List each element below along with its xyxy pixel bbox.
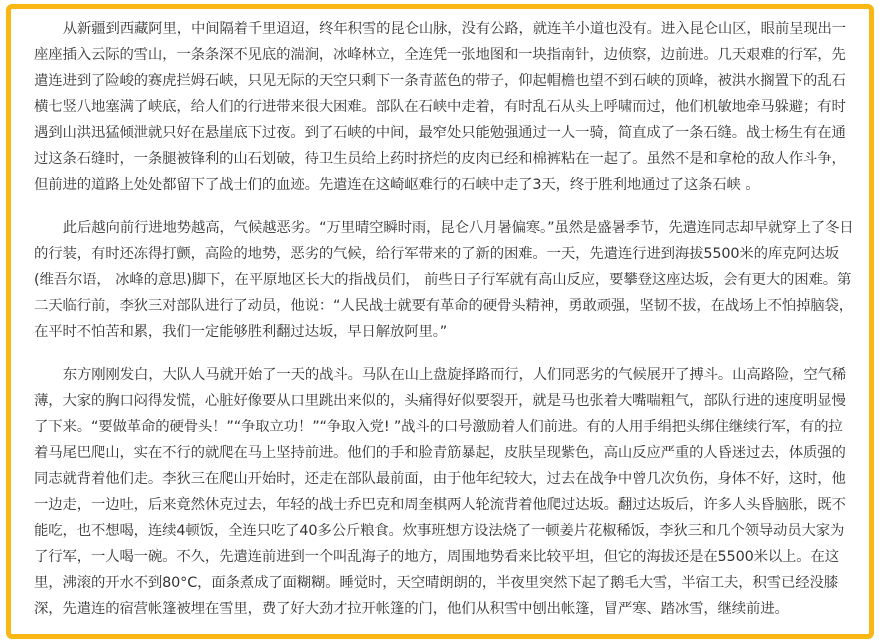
article-body: 从新疆到西藏阿里，中间隔着千里迢迢，终年积雪的昆仑山脉，没有公路，就连羊小道也没…: [11, 9, 869, 622]
paragraph-daban-mobilization: 此后越向前行进地势越高，气候越恶劣。“万里晴空瞬时雨，昆仑八月暑偏寒。”虽然是盛…: [34, 215, 856, 345]
paragraph-kunlun-gorge: 从新疆到西藏阿里，中间隔着千里迢迢，终年积雪的昆仑山脉，没有公路，就连羊小道也没…: [34, 16, 856, 198]
article-frame: 从新疆到西藏阿里，中间隔着千里迢迢，终年积雪的昆仑山脉，没有公路，就连羊小道也没…: [6, 4, 874, 639]
paragraph-crossing-daban: 东方刚刚发白，大队人马就开始了一天的战斗。马队在山上盘旋择路而行，人们同恶劣的气…: [34, 362, 856, 622]
